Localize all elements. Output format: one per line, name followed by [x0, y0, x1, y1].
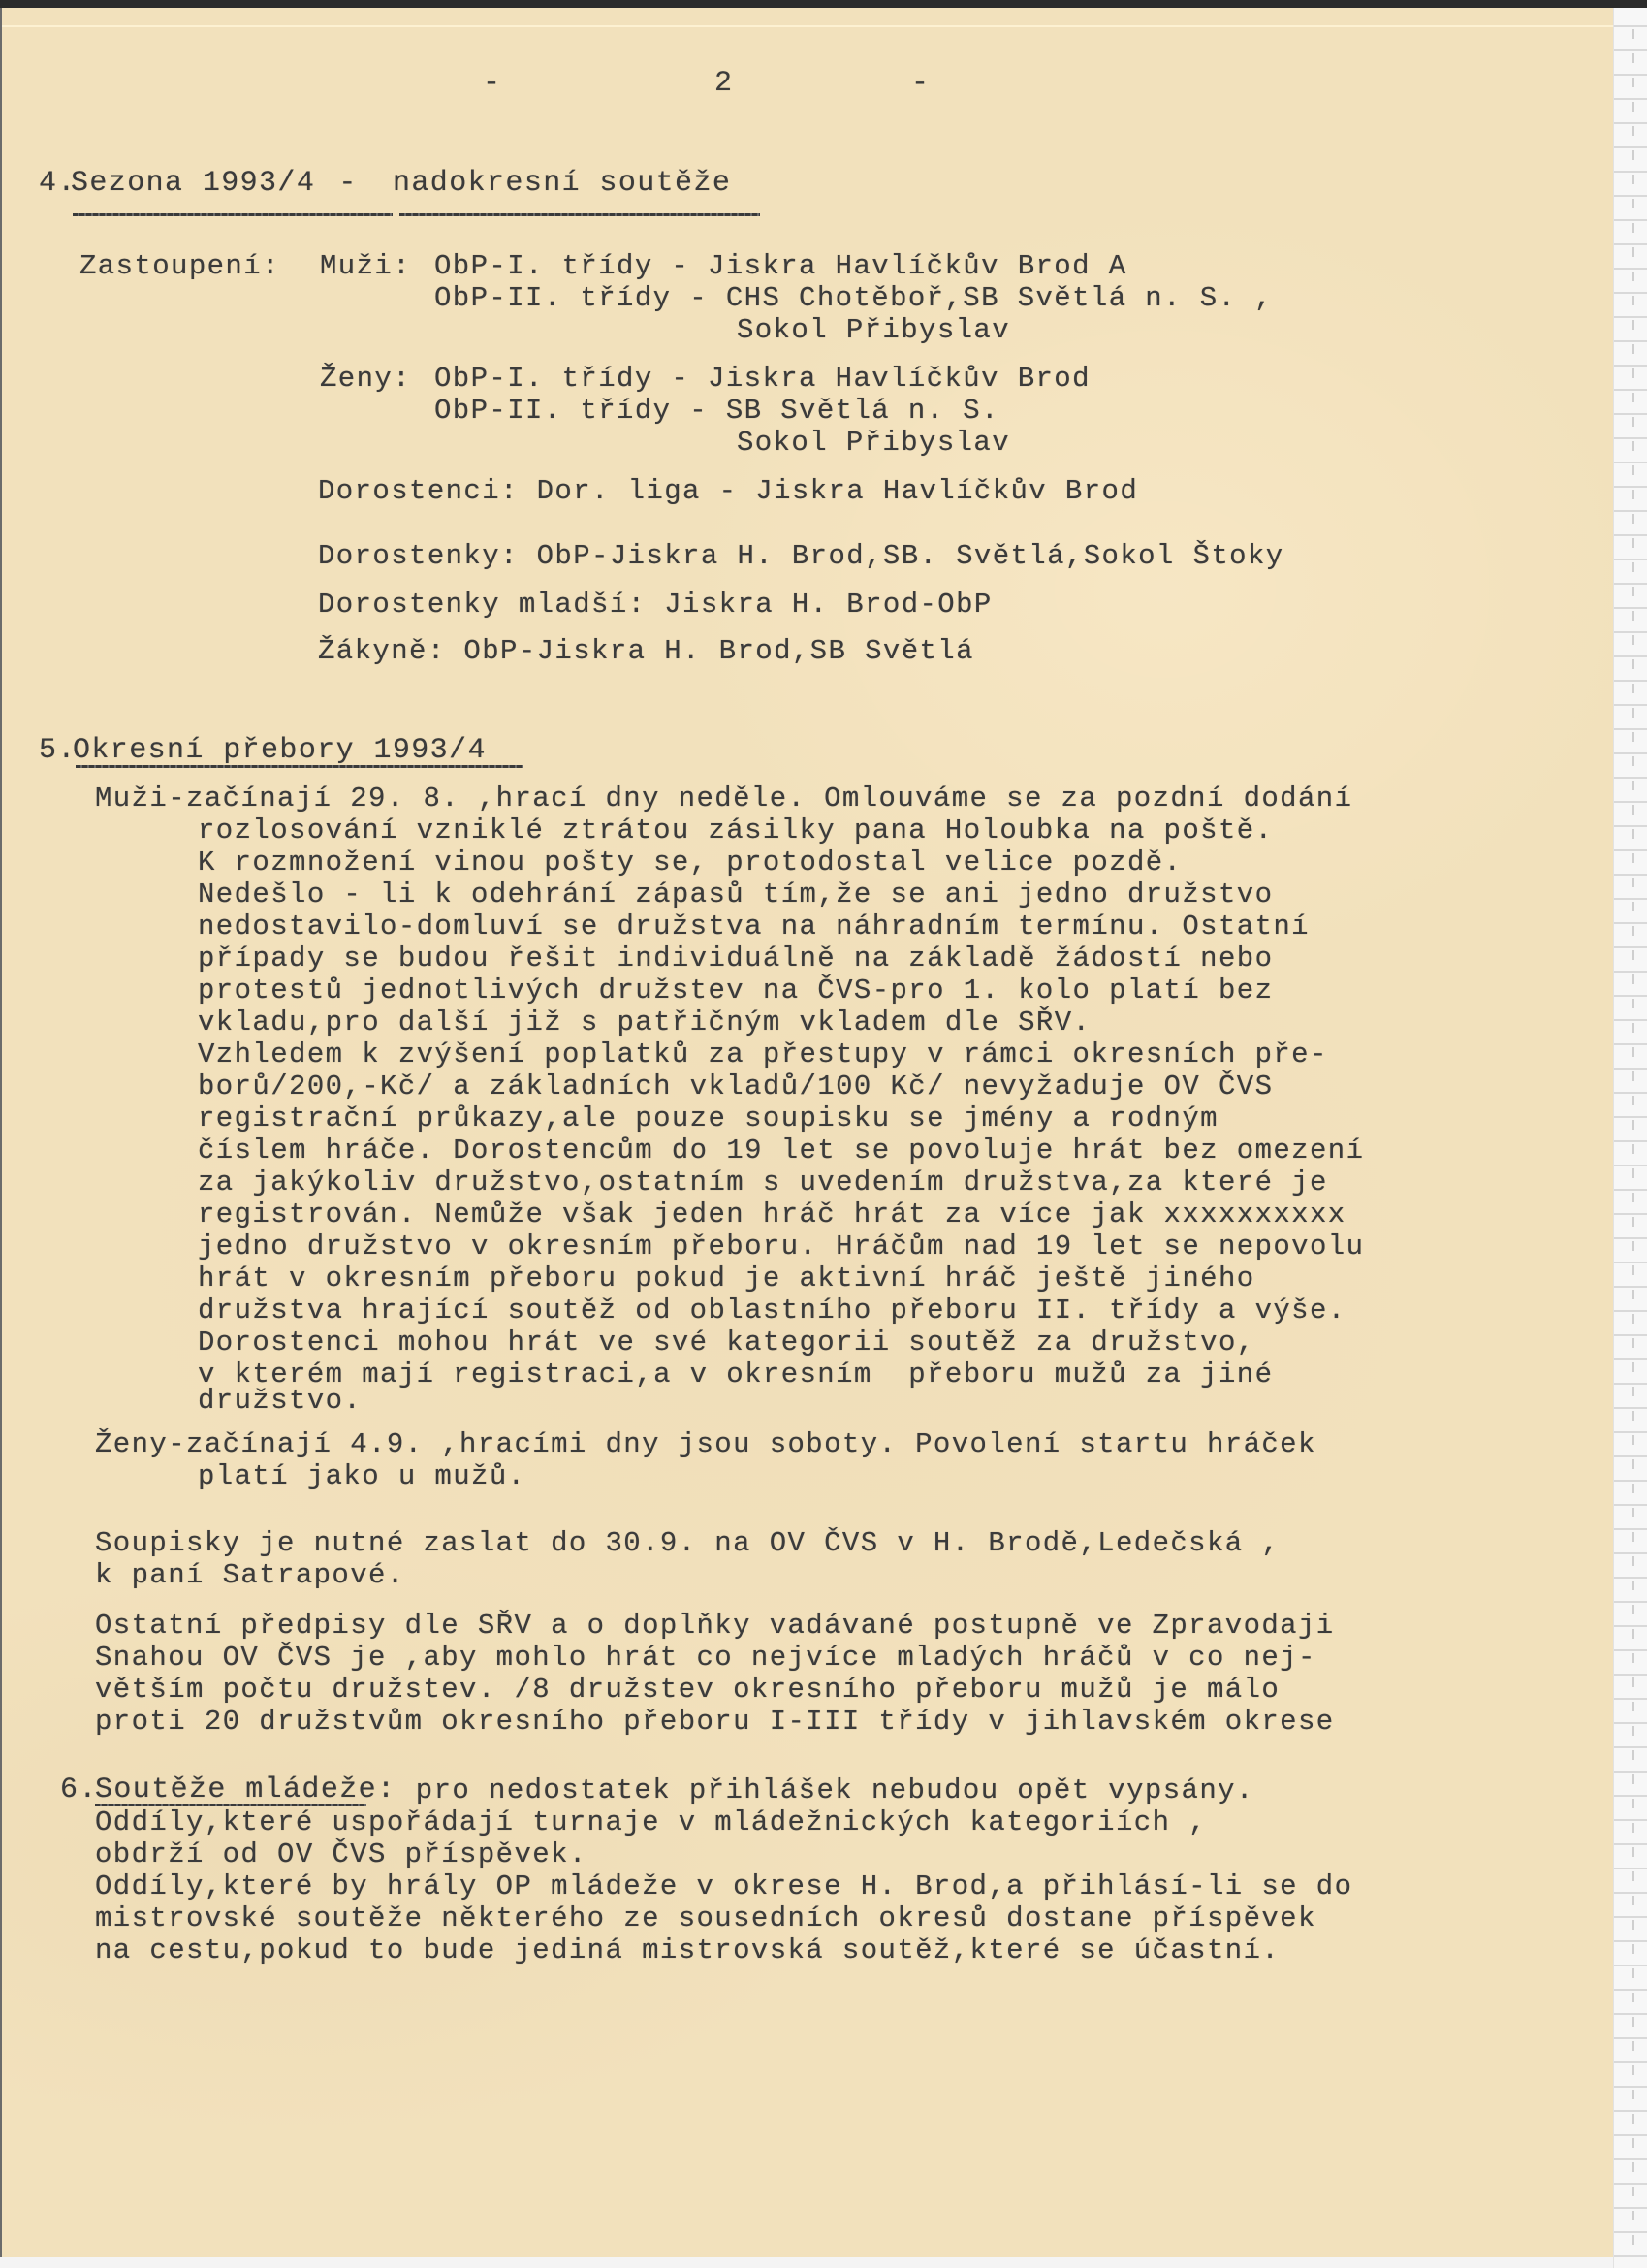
soupisky-line: k paní Satrapové.: [95, 1559, 405, 1591]
paragraph-line: hrát v okresním přeboru pokud je aktivní…: [198, 1262, 1255, 1294]
section-6-number: 6.: [60, 1774, 98, 1806]
page-number: 2: [714, 68, 733, 100]
paragraph-line: rozlosování vzniklé ztrátou zásilky pana…: [198, 815, 1273, 847]
muzi-line: ObP-II. třídy - CHS Chotěboř,SB Světlá n…: [434, 282, 1273, 314]
perforated-edge: [1613, 8, 1647, 2268]
section-4-title-sep: -: [320, 168, 376, 200]
zakyne-line: Žákyně: ObP-Jiskra H. Brod,SB Světlá: [318, 635, 974, 667]
section-6-line: mistrovské soutěže některého ze sousední…: [95, 1902, 1316, 1934]
zastoupeni-label: Zastoupení:: [79, 250, 280, 282]
section-6-line: na cestu,pokud to bude jediná mistrovská…: [95, 1934, 1280, 1966]
scan-top-edge: [0, 0, 1647, 8]
ostatni-line: větším počtu družstev. /8 družstev okres…: [95, 1674, 1280, 1706]
section-6-title: Soutěže mládeže:: [95, 1774, 396, 1806]
section-6-line: Oddíly,které by hrály OP mládeže v okres…: [95, 1870, 1352, 1902]
paragraph-line: Dorostenci mohou hrát ve své kategorii s…: [198, 1326, 1255, 1358]
paragraph-line: družstvo.: [198, 1385, 362, 1417]
dorostenky-mladsi-line: Dorostenky mladší: Jiskra H. Brod-ObP: [318, 589, 993, 621]
section-4-underline-2: [399, 213, 760, 216]
paragraph-line: vkladu,pro další již s patřičným vkladem…: [198, 1006, 1091, 1038]
paper-fold-line: [2, 25, 1615, 27]
page-number-dash-right: -: [911, 68, 930, 100]
paragraph-line: protestů jednotlivých družstev na ČVS-pr…: [198, 974, 1273, 1006]
zeny-label: Ženy:: [320, 363, 411, 395]
paragraph-line: nedostavilo-domluví se družstva na náhra…: [198, 910, 1310, 942]
zeny-paragraph-first-line: Ženy-začínají 4.9. ,hracími dny jsou sob…: [95, 1428, 1316, 1460]
section-4-underline-1: [73, 213, 393, 216]
page-number-dash-left: -: [483, 68, 501, 100]
perforation-line: [1632, 29, 1634, 2259]
paragraph-line: registrován. Nemůže však jeden hráč hrát…: [198, 1198, 1346, 1230]
section-6-first-line: pro nedostatek přihlášek nebudou opět vy…: [397, 1774, 1254, 1806]
section-5-underline: [76, 765, 523, 768]
section-4-title-part1: Sezona 1993/4: [71, 168, 315, 200]
paragraph-line: za jakýkoliv družstvo,ostatním s uvedení…: [198, 1166, 1328, 1198]
paragraph-line: registrační průkazy,ale pouze soupisku s…: [198, 1102, 1219, 1134]
muzi-line: ObP-I. třídy - Jiskra Havlíčkův Brod A: [434, 250, 1127, 282]
ostatni-line: Ostatní předpisy dle SŘV a o doplňky vad…: [95, 1610, 1335, 1642]
paragraph-line: jedno družstvo v okresním přeboru. Hráčů…: [198, 1230, 1364, 1262]
zeny-line: ObP-II. třídy - SB Světlá n. S.: [434, 395, 999, 427]
section-5-number: 5.: [39, 735, 77, 767]
zeny-line: ObP-I. třídy - Jiskra Havlíčkův Brod: [434, 363, 1091, 395]
dorostenci-line: Dorostenci: Dor. liga - Jiskra Havlíčkův…: [318, 475, 1138, 507]
muzi-paragraph-first-line: Muži-začínají 29. 8. ,hrací dny neděle. …: [95, 783, 1352, 815]
dorostenky-line: Dorostenky: ObP-Jiskra H. Brod,SB. Světl…: [318, 540, 1284, 572]
section-6-line: Oddíly,které uspořádají turnaje v mládež…: [95, 1806, 1207, 1838]
soupisky-line: Soupisky je nutné zaslat do 30.9. na OV …: [95, 1527, 1280, 1559]
zeny-line: Sokol Přibyslav: [737, 427, 1010, 459]
section-4-title-part2: nadokresní soutěže: [393, 168, 731, 200]
paragraph-line: borů/200,-Kč/ a základních vkladů/100 Kč…: [198, 1070, 1273, 1102]
section-5-title: Okresní přebory 1993/4: [73, 735, 487, 767]
muzi-line: Sokol Přibyslav: [737, 314, 1010, 346]
paragraph-line: Nedešlo - li k odehrání zápasů tím,že se…: [198, 878, 1273, 910]
scan-bottom-edge: [0, 2257, 1613, 2268]
paragraph-line: družstva hrající soutěž od oblastního př…: [198, 1294, 1346, 1326]
paragraph-line: číslem hráče. Dorostencům do 19 let se p…: [198, 1134, 1364, 1166]
section-6-line: obdrží od OV ČVS příspěvek.: [95, 1838, 587, 1870]
muzi-label: Muži:: [320, 250, 411, 282]
ostatni-line: proti 20 družstvům okresního přeboru I-I…: [95, 1706, 1335, 1738]
paragraph-line: Vzhledem k zvýšení poplatků za přestupy …: [198, 1038, 1328, 1070]
paragraph-line: platí jako u mužů.: [198, 1460, 525, 1492]
paragraph-line: K rozmnožení vinou pošty se, protodostal…: [198, 847, 1182, 878]
ostatni-line: Snahou OV ČVS je ,aby mohlo hrát co nejv…: [95, 1642, 1316, 1674]
paragraph-line: případy se budou řešit individuálně na z…: [198, 942, 1273, 974]
